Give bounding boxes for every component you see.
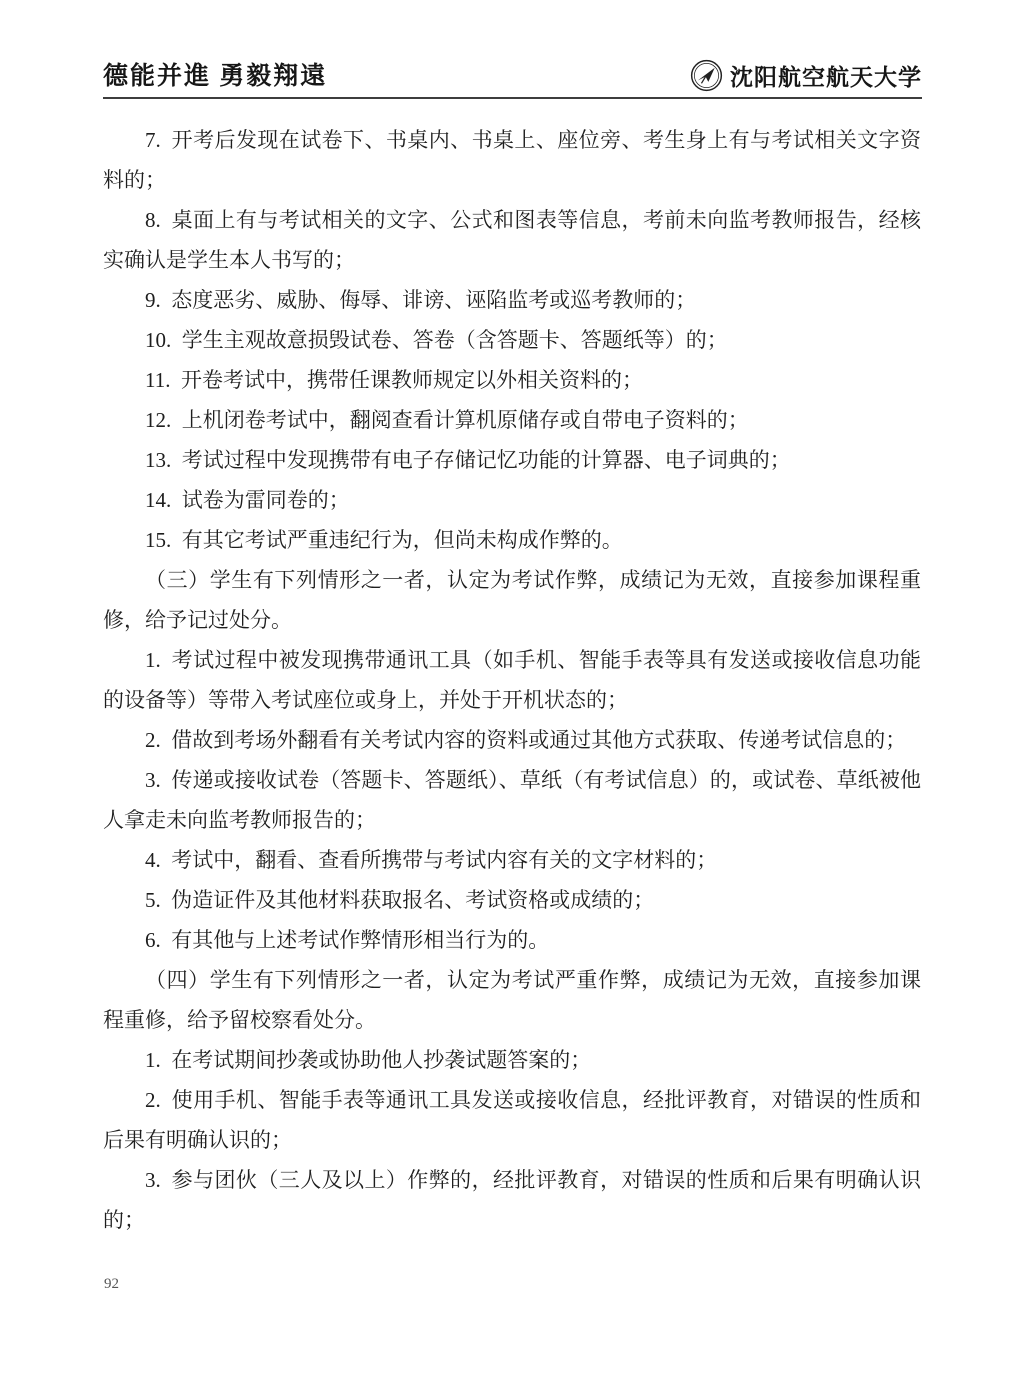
para-s3-item-3: 3. 传递或接收试卷（答题卡、答题纸）、草纸（有考试信息）的，或试卷、草纸被他人…	[103, 760, 921, 840]
university-motto: 德能并進 勇毅翔遠	[103, 56, 327, 92]
document-body: 7. 开考后发现在试卷下、书桌内、书桌上、座位旁、考生身上有与考试相关文字资料的…	[103, 120, 921, 1240]
para-s4-item-1: 1. 在考试期间抄袭或协助他人抄袭试题答案的；	[103, 1040, 921, 1080]
para-item-15: 15. 有其它考试严重违纪行为，但尚未构成作弊的。	[103, 520, 921, 560]
para-s3-item-2: 2. 借故到考场外翻看有关考试内容的资料或通过其他方式获取、传递考试信息的；	[103, 720, 921, 760]
para-section-3-heading: （三）学生有下列情形之一者，认定为考试作弊，成绩记为无效，直接参加课程重修，给予…	[103, 560, 921, 640]
para-s3-item-4: 4. 考试中，翻看、查看所携带与考试内容有关的文字材料的；	[103, 840, 921, 880]
university-brand: 沈阳航空航天大学	[690, 59, 922, 92]
university-emblem-icon	[690, 59, 723, 92]
para-item-9: 9. 态度恶劣、威胁、侮辱、诽谤、诬陷监考或巡考教师的；	[103, 280, 921, 320]
document-page: 德能并進 勇毅翔遠 沈阳航空航天大学 7. 开考后发现在试卷下、书桌内、书桌上、…	[0, 0, 1024, 1387]
para-item-14: 14. 试卷为雷同卷的；	[103, 480, 921, 520]
para-item-7: 7. 开考后发现在试卷下、书桌内、书桌上、座位旁、考生身上有与考试相关文字资料的…	[103, 120, 921, 200]
university-name: 沈阳航空航天大学	[730, 59, 922, 92]
para-s3-item-5: 5. 伪造证件及其他材料获取报名、考试资格或成绩的；	[103, 880, 921, 920]
para-item-10: 10. 学生主观故意损毁试卷、答卷（含答题卡、答题纸等）的；	[103, 320, 921, 360]
para-item-8: 8. 桌面上有与考试相关的文字、公式和图表等信息，考前未向监考教师报告，经核实确…	[103, 200, 921, 280]
para-s3-item-1: 1. 考试过程中被发现携带通讯工具（如手机、智能手表等具有发送或接收信息功能的设…	[103, 640, 921, 720]
para-s3-item-6: 6. 有其他与上述考试作弊情形相当行为的。	[103, 920, 921, 960]
para-item-12: 12. 上机闭卷考试中，翻阅查看计算机原储存或自带电子资料的；	[103, 400, 921, 440]
page-header: 德能并進 勇毅翔遠 沈阳航空航天大学	[103, 56, 922, 99]
para-item-11: 11. 开卷考试中，携带任课教师规定以外相关资料的；	[103, 360, 921, 400]
para-section-4-heading: （四）学生有下列情形之一者，认定为考试严重作弊，成绩记为无效，直接参加课程重修，…	[103, 960, 921, 1040]
para-item-13: 13. 考试过程中发现携带有电子存储记忆功能的计算器、电子词典的；	[103, 440, 921, 480]
para-s4-item-3: 3. 参与团伙（三人及以上）作弊的，经批评教育，对错误的性质和后果有明确认识的；	[103, 1160, 921, 1240]
airplane-icon	[698, 68, 715, 82]
para-s4-item-2: 2. 使用手机、智能手表等通讯工具发送或接收信息，经批评教育，对错误的性质和后果…	[103, 1080, 921, 1160]
page-number: 92	[104, 1276, 119, 1293]
